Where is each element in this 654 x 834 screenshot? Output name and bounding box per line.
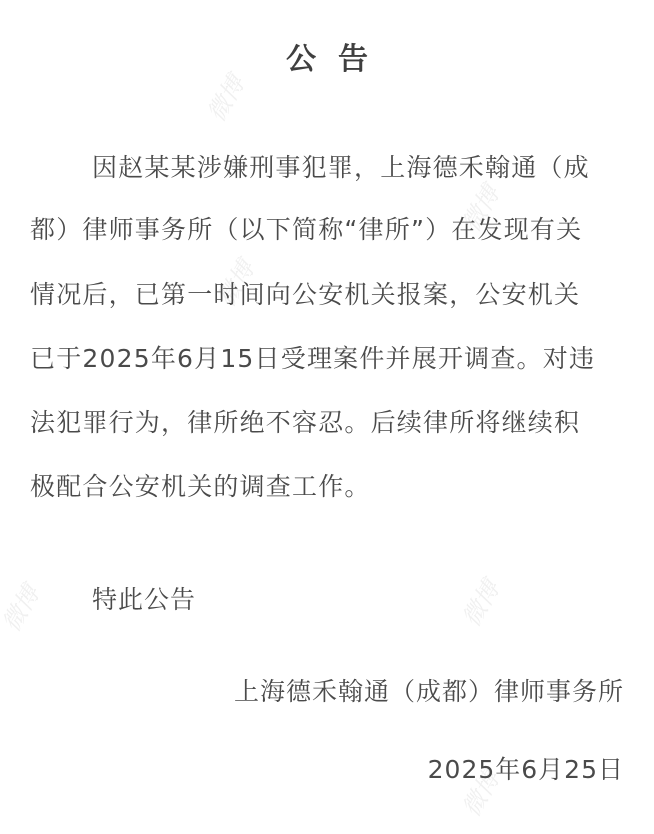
signature-org: 上海德禾翰通（成都）律师事务所 <box>234 672 624 708</box>
watermark: 微博 <box>0 578 46 637</box>
paragraph-line: 极配合公安机关的调查工作。 <box>30 467 371 503</box>
page-title: 公告 <box>0 34 654 78</box>
closing-text: 特此公告 <box>92 580 196 616</box>
paragraph-line: 因赵某某涉嫌刑事犯罪，上海德禾翰通（成 <box>92 148 590 184</box>
paragraph-line: 已于2025年6月15日受理案件并展开调查。对违 <box>30 339 595 375</box>
paragraph-line: 情况后，已第一时间向公安机关报案，公安机关 <box>30 275 580 311</box>
watermark: 微博 <box>452 573 506 632</box>
paragraph-line: 法犯罪行为，律所绝不容忍。后续律所将继续积 <box>30 403 580 439</box>
paragraph-line: 都）律师事务所（以下简称“律所”）在发现有关 <box>30 210 582 246</box>
signature-date: 2025年6月25日 <box>428 750 624 786</box>
